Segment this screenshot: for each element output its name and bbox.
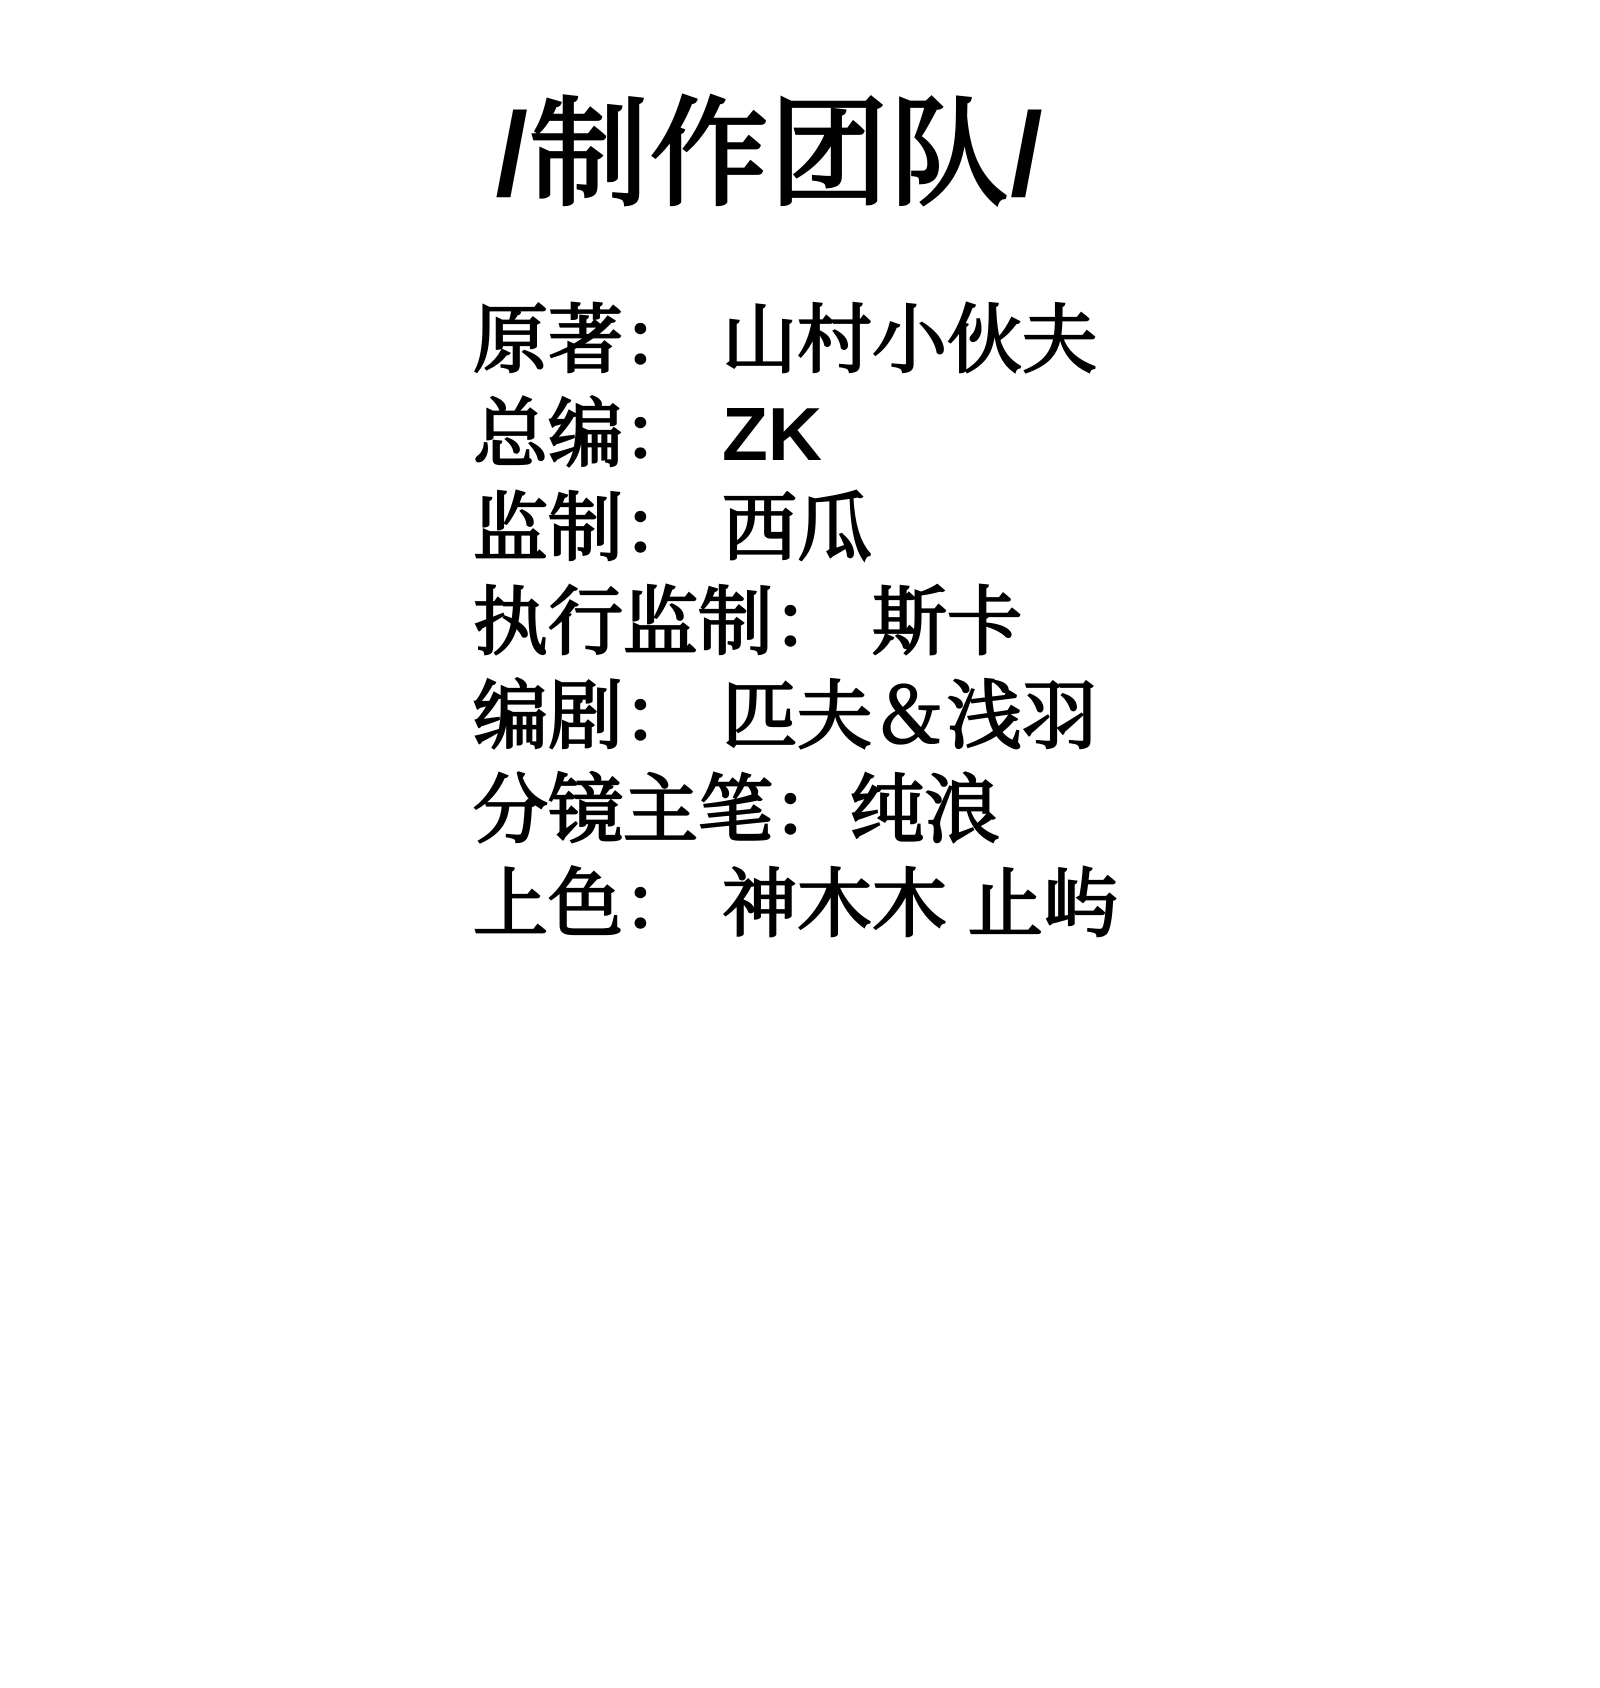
credit-person-name: 纯浪 [850,763,1000,857]
credit-role-label: 监制： [473,481,698,575]
credit-role-label: 执行监制： [473,575,848,669]
credit-role-label: 上色： [473,857,698,951]
credit-line: 编剧： 匹夫＆浅羽 [473,669,1118,763]
credit-person-name: 神木木 止屿 [722,857,1118,951]
credit-role-label: 总编： [473,387,698,481]
credit-role-label: 编剧： [473,669,698,763]
credit-line: 总编： ZK [473,387,1118,481]
credit-role-label: 分镜主笔： [473,763,848,857]
credit-line: 执行监制： 斯卡 [473,575,1118,669]
credits-page: /制作团队/ 原著： 山村小伙夫 总编： ZK 监制： 西瓜 执行监制： 斯卡 … [0,0,1600,1688]
credit-role-label: 原著： [473,293,698,387]
credit-person-name: ZK [722,387,822,481]
credit-line: 上色： 神木木 止屿 [473,857,1118,951]
credit-person-name: 匹夫＆浅羽 [722,669,1097,763]
page-title: /制作团队/ [0,82,1540,230]
credit-line: 监制： 西瓜 [473,481,1118,575]
credits-list: 原著： 山村小伙夫 总编： ZK 监制： 西瓜 执行监制： 斯卡 编剧： 匹夫＆… [473,293,1118,951]
credit-line: 原著： 山村小伙夫 [473,293,1118,387]
credit-person-name: 西瓜 [722,481,872,575]
credit-person-name: 斯卡 [872,575,1022,669]
credit-person-name: 山村小伙夫 [722,293,1097,387]
credit-line: 分镜主笔： 纯浪 [473,763,1118,857]
